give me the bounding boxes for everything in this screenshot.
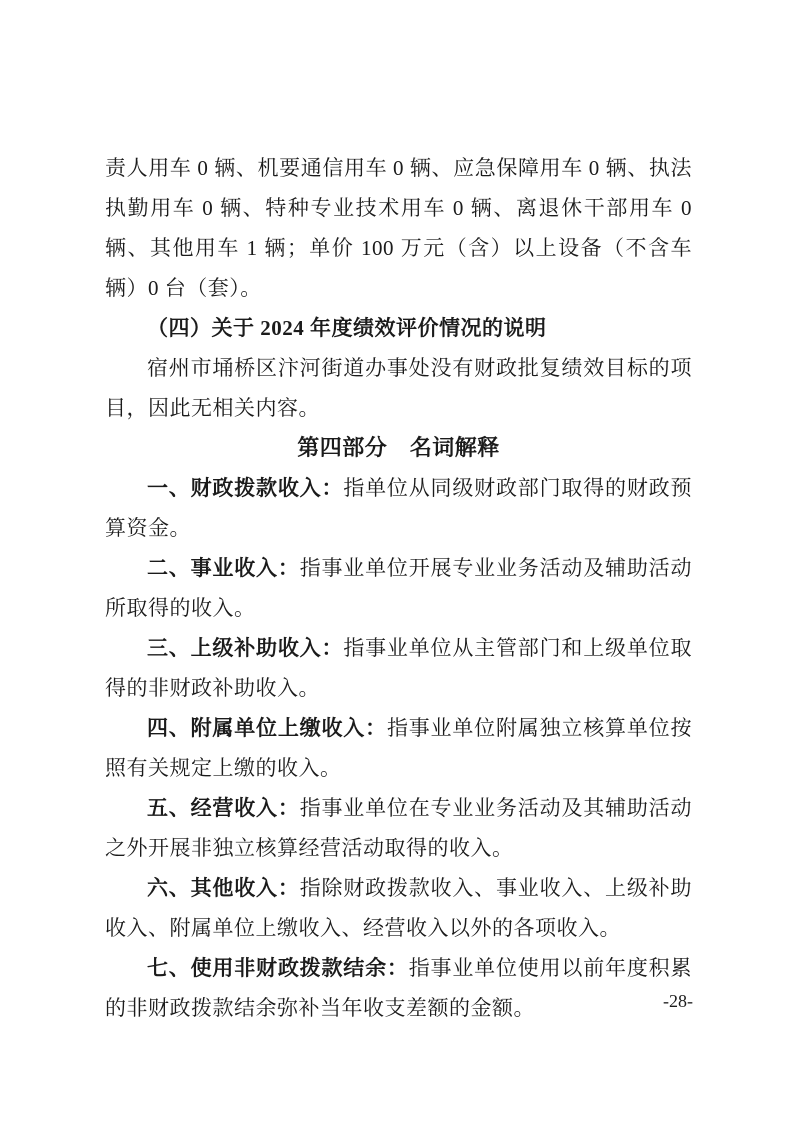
document-body: 责人用车 0 辆、机要通信用车 0 辆、应急保障用车 0 辆、执法执勤用车 0 … (105, 148, 692, 1028)
part4-title: 第四部分 名词解释 (105, 428, 692, 468)
definition-item-7: 七、使用非财政拨款结余：指事业单位使用以前年度积累的非财政拨款结余弥补当年收支差… (105, 948, 692, 1028)
definition-item-1: 一、财政拨款收入：指单位从同级财政部门取得的财政预算资金。 (105, 468, 692, 548)
definition-item-3: 三、上级补助收入：指事业单位从主管部门和上级单位取得的非财政补助收入。 (105, 628, 692, 708)
definition-term-4: 四、附属单位上缴收入： (147, 716, 387, 740)
heading-performance-evaluation: （四）关于 2024 年度绩效评价情况的说明 (105, 308, 692, 348)
definition-term-7: 七、使用非财政拨款结余： (147, 956, 409, 980)
definition-item-5: 五、经营收入：指事业单位在专业业务活动及其辅助活动之外开展非独立核算经营活动取得… (105, 788, 692, 868)
definition-term-6: 六、其他收入： (147, 876, 300, 900)
definition-term-1: 一、财政拨款收入： (147, 476, 343, 500)
definition-item-6: 六、其他收入：指除财政拨款收入、事业收入、上级补助收入、附属单位上缴收入、经营收… (105, 868, 692, 948)
definition-term-3: 三、上级补助收入： (147, 636, 343, 660)
paragraph-vehicle-summary: 责人用车 0 辆、机要通信用车 0 辆、应急保障用车 0 辆、执法执勤用车 0 … (105, 148, 692, 308)
definition-term-2: 二、事业收入： (147, 556, 300, 580)
definition-item-2: 二、事业收入：指事业单位开展专业业务活动及辅助活动所取得的收入。 (105, 548, 692, 628)
definition-term-5: 五、经营收入： (147, 796, 300, 820)
definition-item-4: 四、附属单位上缴收入：指事业单位附属独立核算单位按照有关规定上缴的收入。 (105, 708, 692, 788)
page-number: -28- (663, 990, 693, 1012)
paragraph-performance-evaluation: 宿州市埇桥区汴河街道办事处没有财政批复绩效目标的项目，因此无相关内容。 (105, 348, 692, 428)
document-page: 责人用车 0 辆、机要通信用车 0 辆、应急保障用车 0 辆、执法执勤用车 0 … (0, 0, 793, 1122)
